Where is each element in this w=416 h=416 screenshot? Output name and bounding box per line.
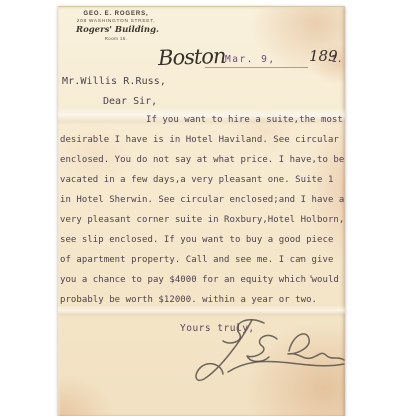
signature-svg	[192, 315, 346, 383]
letterhead: GEO. E. ROGERS, 208 WASHINGTON STREET, R…	[76, 11, 156, 41]
letter-body: If you want to hire a suite,the most des…	[60, 114, 344, 314]
dateline-typed-date: Mar. 9,	[225, 54, 276, 65]
body-line: If you want to hire a suite,the most	[60, 114, 344, 134]
body-line: vacated in a few days,a very pleasant on…	[60, 174, 344, 194]
body-line: see slip enclosed. If you want to buy a …	[60, 234, 344, 254]
body-line: desirable I have is in Hotel Haviland. S…	[60, 134, 344, 154]
dateline: Boston Mar. 9, 189 1.	[58, 43, 345, 73]
letterhead-street: 208 WASHINGTON STREET,	[76, 19, 156, 24]
letter-paper: GEO. E. ROGERS, 208 WASHINGTON STREET, R…	[58, 6, 345, 416]
dateline-year-typed: 1.	[331, 54, 342, 65]
body-line: very pleasant corner suite in Roxbury,Ho…	[60, 214, 344, 234]
body-line: enclosed. You do not say at what price. …	[60, 154, 344, 174]
body-line: in Hotel Sherwin. See circular enclosed;…	[60, 194, 344, 214]
body-line: probably be worth $12000. within a year …	[60, 294, 344, 314]
recipient-line: Mr.Willis R.Russ,	[62, 76, 166, 87]
letterhead-name: GEO. E. ROGERS,	[76, 11, 156, 17]
scanned-letter-scene: GEO. E. ROGERS, 208 WASHINGTON STREET, R…	[0, 0, 416, 416]
body-line: you a chance to pay $4000 for an equity …	[60, 274, 344, 294]
signature-flourish	[192, 315, 346, 383]
letterhead-building: Rogers' Building.	[76, 25, 156, 35]
salutation: Dear Sir,	[103, 96, 157, 107]
body-line: of apartment property. Call and see me. …	[60, 254, 344, 274]
letterhead-room: Room 16.	[76, 36, 156, 41]
dateline-rule	[205, 67, 308, 68]
